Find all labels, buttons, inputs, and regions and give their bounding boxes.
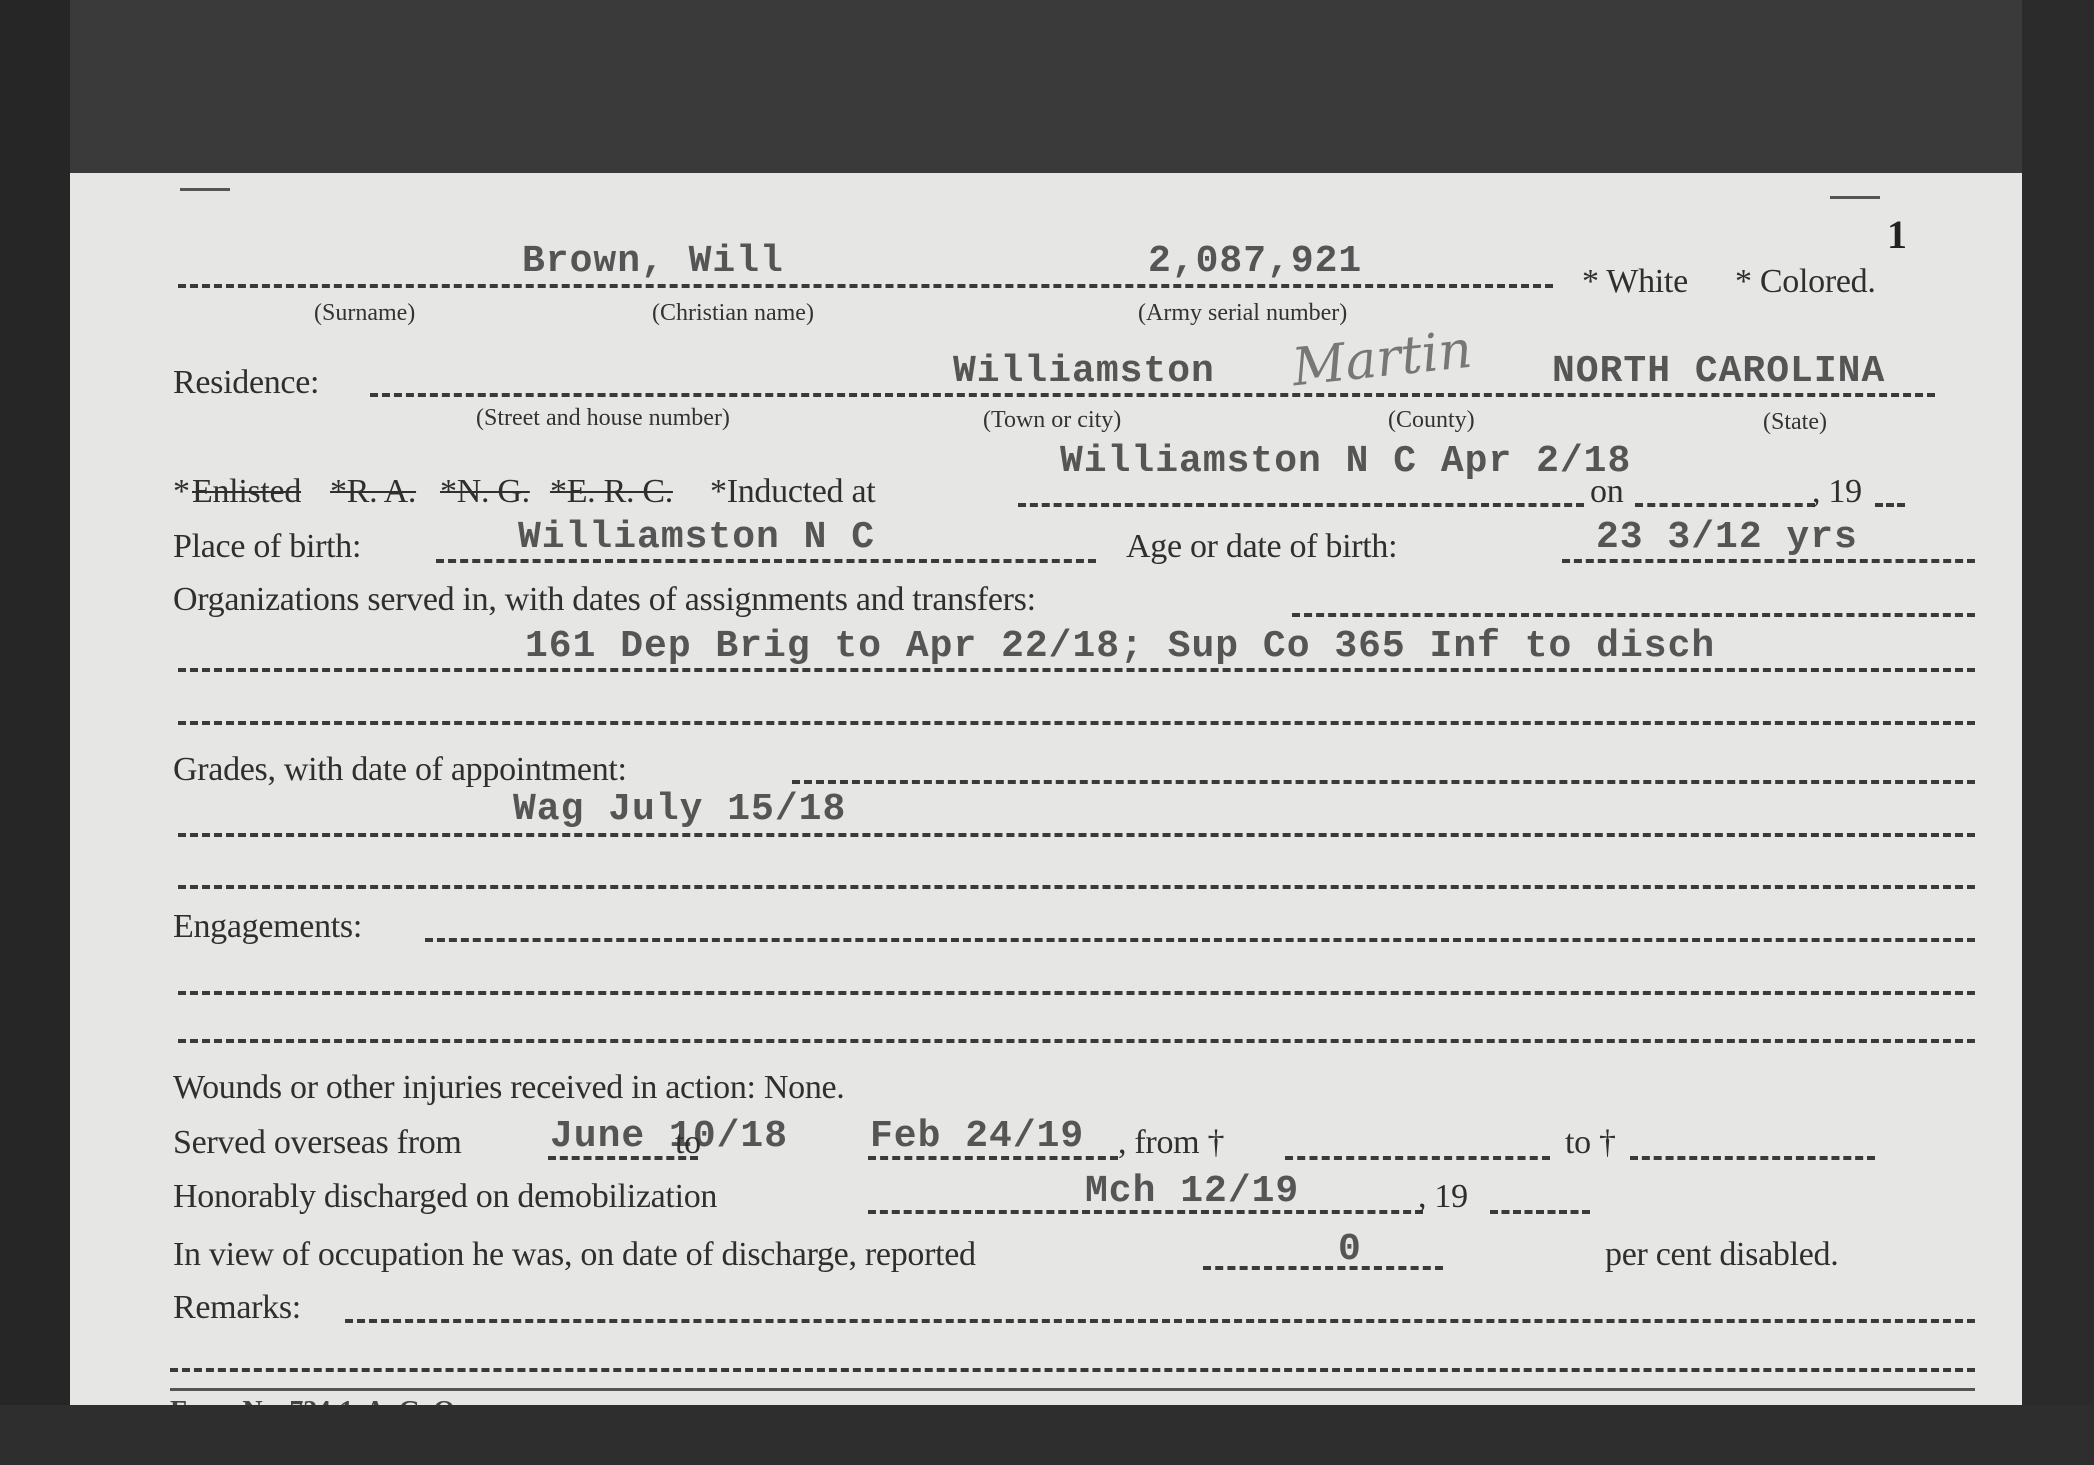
on-label: on (1590, 475, 1623, 509)
engagements-line-3 (178, 1039, 1975, 1043)
enlisted-star: * (173, 475, 190, 509)
age-line (1562, 559, 1975, 563)
grades-line-2 (178, 833, 1975, 837)
age-label: Age or date of birth: (1126, 530, 1397, 564)
year-label: , 19 (1812, 475, 1862, 509)
organizations-label: Organizations served in, with dates of a… (173, 583, 1036, 617)
engagements-line-2 (178, 991, 1975, 995)
name-value: Brown, Will (522, 243, 784, 281)
residence-state-value: NORTH CAROLINA (1552, 353, 1885, 391)
remarks-line-2 (170, 1368, 1975, 1372)
erc-label: *E. R. C. (550, 475, 673, 509)
place-of-birth-value: Williamston N C (518, 519, 875, 557)
white-label: * White (1582, 265, 1688, 299)
disability-line (1203, 1266, 1443, 1270)
engagements-line-1 (425, 938, 1975, 942)
overseas-label: Served overseas from (173, 1126, 462, 1160)
disability-label: In view of occupation he was, on date of… (173, 1238, 976, 1272)
overseas-to-label: to (675, 1126, 701, 1160)
engagements-label: Engagements: (173, 910, 362, 944)
overseas-to-line (868, 1156, 1118, 1160)
grades-line-1 (792, 780, 1975, 784)
corner-mark-right (1830, 196, 1880, 199)
grades-label: Grades, with date of appointment: (173, 753, 627, 787)
organizations-line-2 (178, 668, 1975, 672)
inducted-label: *Inducted at (710, 475, 875, 509)
residence-line (370, 393, 1935, 397)
overseas-from-value: June 10/18 (550, 1118, 788, 1156)
street-caption: (Street and house number) (476, 406, 730, 430)
surname-caption: (Surname) (314, 301, 415, 325)
discharge-line (868, 1210, 1423, 1214)
overseas-to2-line (1630, 1156, 1875, 1160)
year-line (1875, 503, 1905, 507)
discharge-year-label: , 19 (1418, 1180, 1468, 1214)
grades-line-3 (178, 885, 1975, 889)
place-of-birth-label: Place of birth: (173, 530, 361, 564)
wounds-label: Wounds or other injuries received in act… (173, 1071, 845, 1105)
scan-border-bottom (0, 1405, 2094, 1465)
enlisted-label: Enlisted (192, 475, 301, 509)
scan-border-right (2022, 0, 2094, 1465)
on-date-line (1635, 503, 1815, 507)
page-number: 1 (1887, 215, 1907, 255)
organizations-line-1 (1292, 613, 1975, 617)
state-caption: (State) (1763, 410, 1827, 434)
age-value: 23 3/12 yrs (1596, 519, 1858, 557)
residence-label: Residence: (173, 366, 319, 400)
grades-value: Wag July 15/18 (513, 791, 846, 829)
corner-mark-left (180, 188, 230, 191)
discharge-label: Honorably discharged on demobilization (173, 1180, 717, 1214)
remarks-line-1 (345, 1319, 1975, 1323)
discharge-value: Mch 12/19 (1085, 1173, 1299, 1211)
scan-border-left (0, 0, 70, 1465)
organizations-line-3 (178, 721, 1975, 725)
serial-caption: (Army serial number) (1138, 301, 1347, 325)
county-caption: (County) (1388, 408, 1475, 432)
overseas-to2-label: to † (1565, 1126, 1616, 1160)
overseas-from2-label: , from † (1118, 1126, 1224, 1160)
place-of-birth-line (436, 559, 1096, 563)
remarks-label: Remarks: (173, 1291, 301, 1325)
name-line (178, 284, 1553, 288)
residence-town-value: Williamston (953, 353, 1215, 391)
overseas-to-value: Feb 24/19 (870, 1118, 1084, 1156)
overseas-from2-line (1285, 1156, 1550, 1160)
inducted-value: Williamston N C Apr 2/18 (1060, 443, 1631, 481)
service-record-card: 1 Brown, Will 2,087,921 * White * Colore… (70, 173, 2022, 1405)
ng-label: *N. G. (440, 475, 530, 509)
footer-rule (170, 1388, 1975, 1391)
town-caption: (Town or city) (983, 408, 1121, 432)
discharge-year-line (1490, 1210, 1590, 1214)
christian-name-caption: (Christian name) (652, 301, 814, 325)
disability-value: 0 (1338, 1231, 1362, 1269)
residence-county-handwritten: Martin (1290, 324, 1475, 395)
disability-suffix: per cent disabled. (1605, 1238, 1838, 1272)
inducted-line (1018, 503, 1584, 507)
ra-label: *R. A. (330, 475, 416, 509)
organizations-value: 161 Dep Brig to Apr 22/18; Sup Co 365 In… (525, 628, 1715, 666)
serial-value: 2,087,921 (1148, 243, 1362, 281)
colored-label: * Colored. (1735, 265, 1876, 299)
